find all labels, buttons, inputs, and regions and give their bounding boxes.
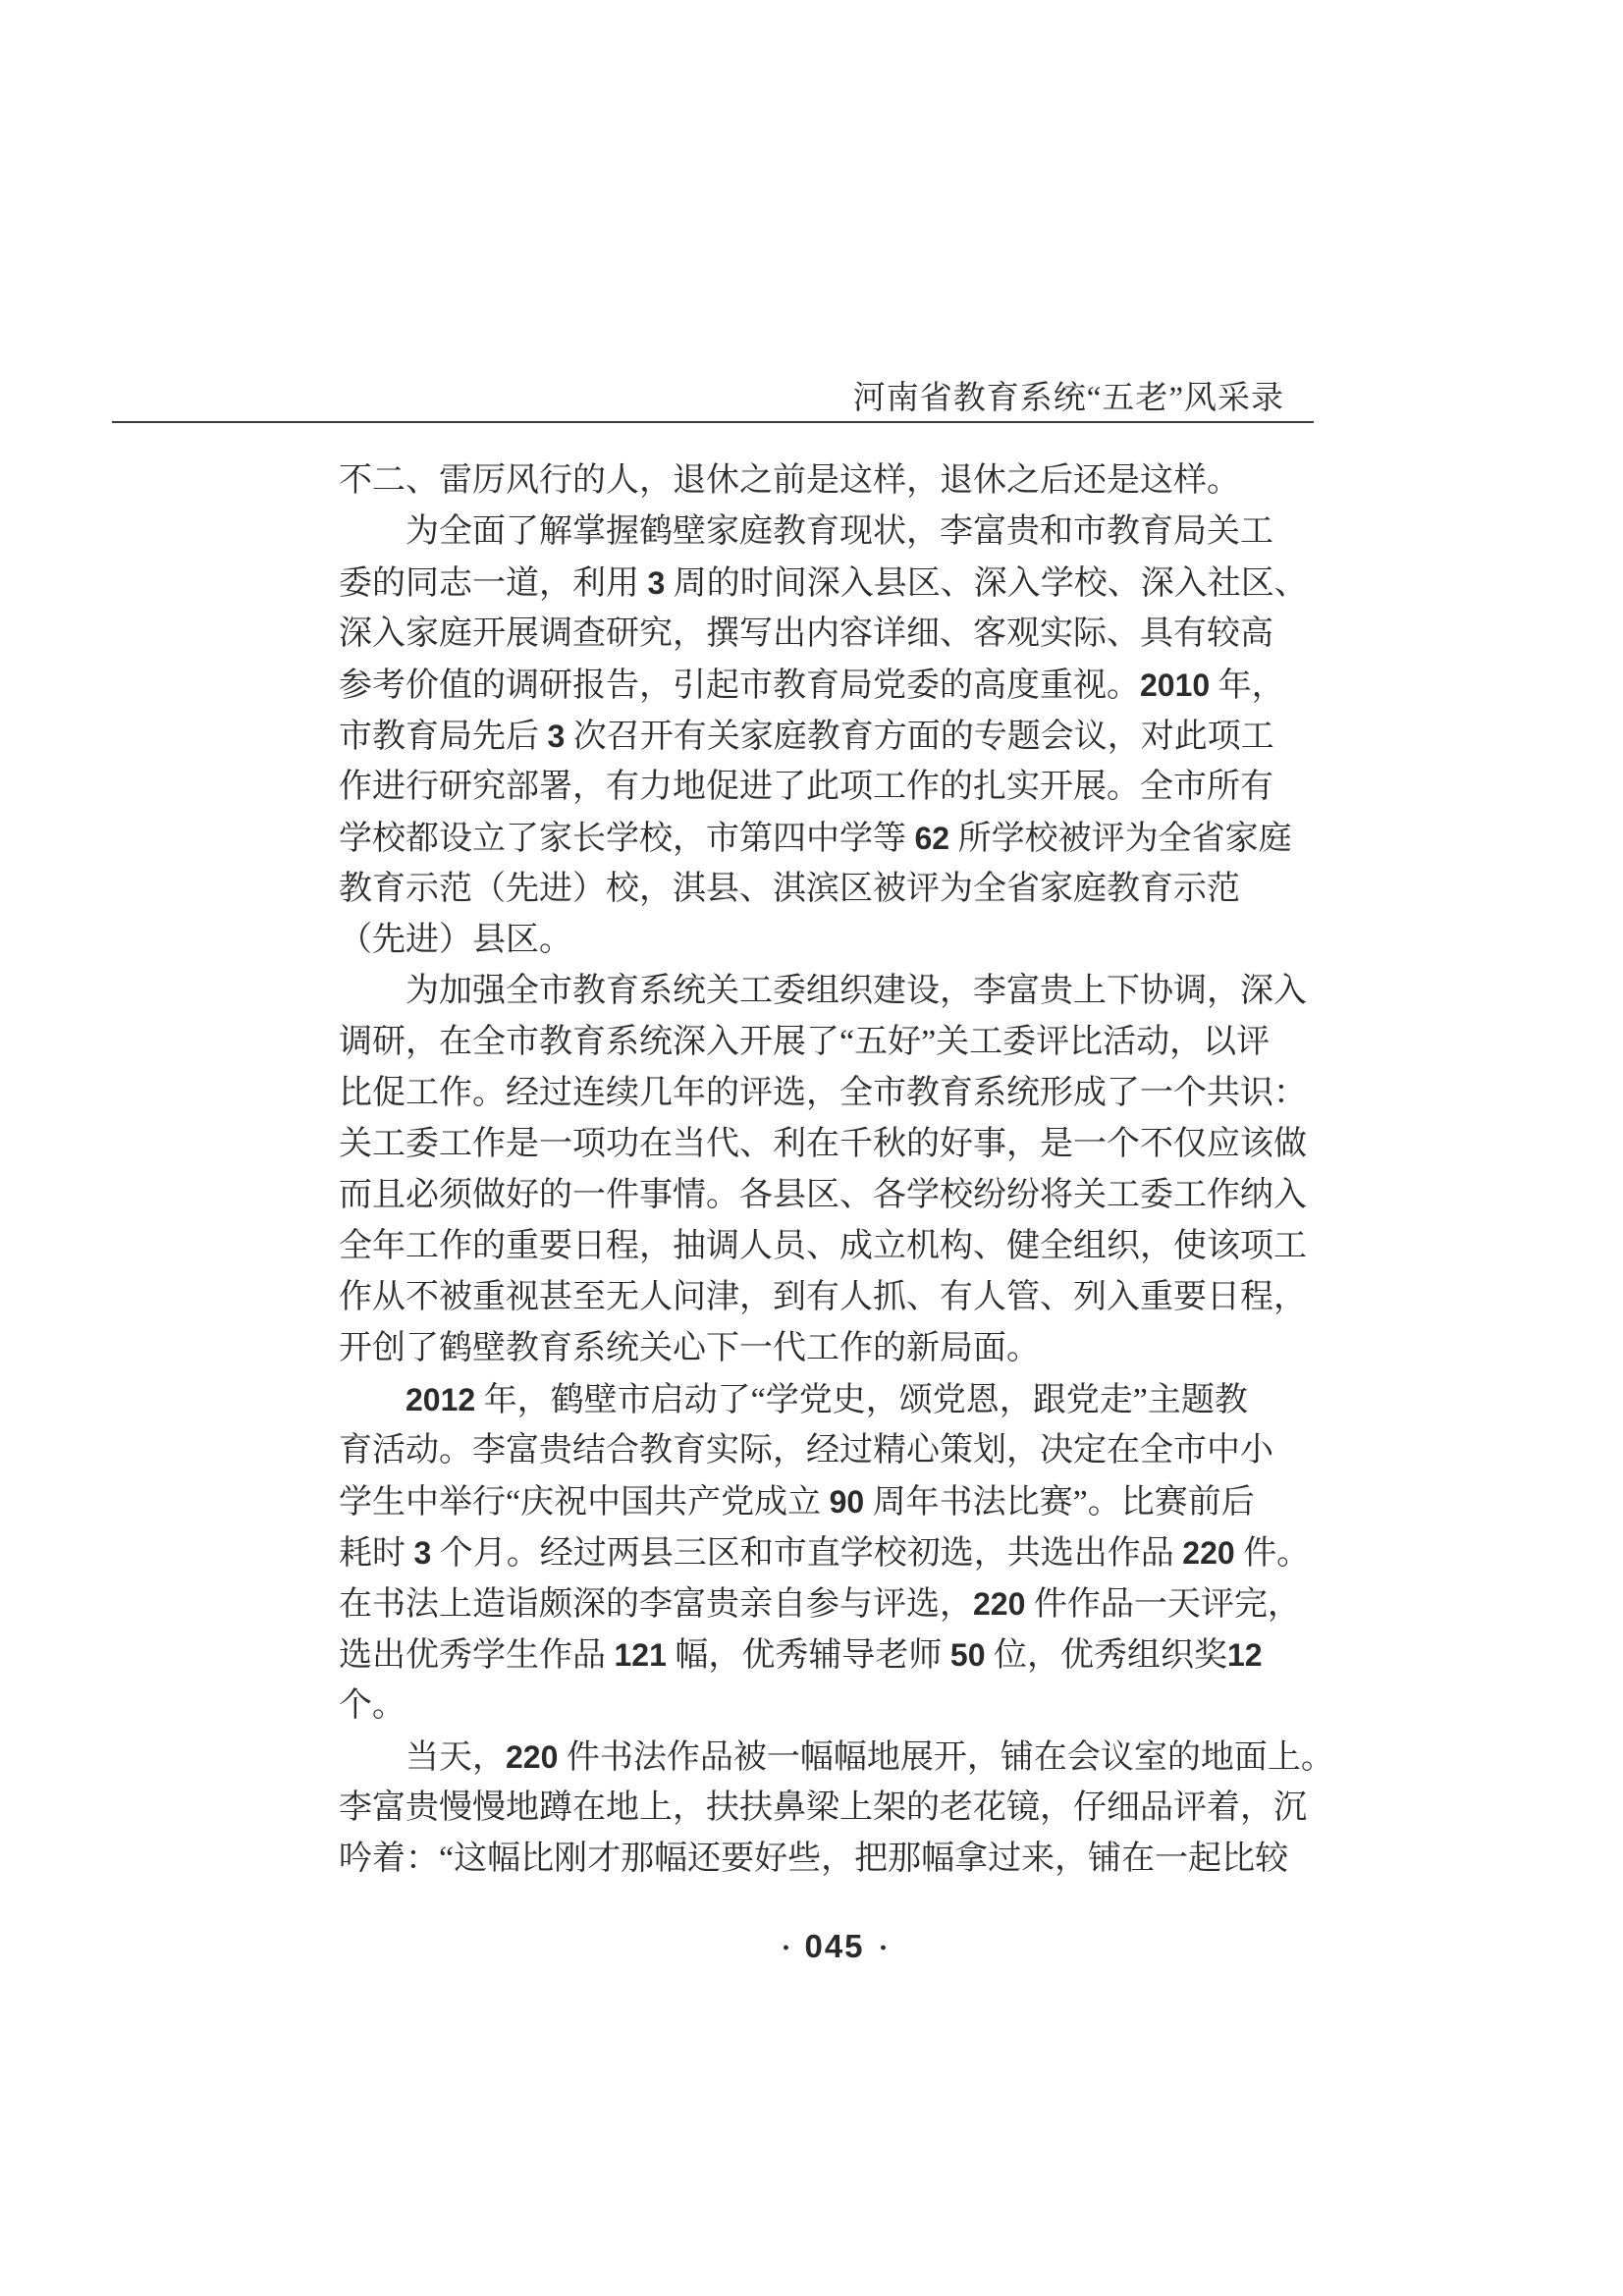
text-line: 学校都设立了家长学校，市第四中学等 62 所学校被评为全省家庭 — [339, 813, 1330, 864]
text-line: 2012 年，鹤壁市启动了“学党史，颂党恩，跟党走”主题教 — [339, 1374, 1330, 1425]
numeral: 3 — [648, 565, 666, 601]
text-line: 而且必须做好的一件事情。各县区、各学校纷纷将关工委工作纳入 — [339, 1170, 1330, 1221]
page-header: 河南省教育系统“五老”风采录 — [112, 377, 1314, 423]
book-page: 河南省教育系统“五老”风采录 不二、雷厉风行的人，退休之前是这样，退休之后还是这… — [0, 0, 1623, 2296]
text-line: 当天，220 件书法作品被一幅幅地展开，铺在会议室的地面上。 — [339, 1732, 1330, 1783]
numeral: 50 — [950, 1637, 986, 1673]
numeral: 62 — [915, 821, 950, 856]
text-line: 耗时 3 个月。经过两县三区和市直学校初选，共选出作品 220 件。 — [339, 1527, 1330, 1578]
text-line: 选出优秀学生作品 121 幅，优秀辅导老师 50 位，优秀组织奖12 — [339, 1629, 1330, 1681]
text-line: 教育示范（先进）校，淇县、淇滨区被评为全省家庭教育示范 — [339, 864, 1330, 915]
numeral: 2012 — [406, 1382, 475, 1417]
numeral: 3 — [548, 719, 566, 754]
numeral: 12 — [1227, 1637, 1263, 1673]
text-line: 全年工作的重要日程，抽调人员、成立机构、健全组织，使该项工 — [339, 1221, 1330, 1272]
numeral: 121 — [615, 1637, 667, 1673]
text-line: 市教育局先后 3 次召开有关家庭教育方面的专题会议，对此项工 — [339, 711, 1330, 762]
text-line: 比促工作。经过连续几年的评选，全市教育系统形成了一个共识： — [339, 1068, 1330, 1119]
text-line: （先进）县区。 — [339, 915, 1330, 966]
text-line: 在书法上造诣颇深的李富贵亲自参与评选，220 件作品一天评完， — [339, 1578, 1330, 1629]
text-line: 作进行研究部署，有力地促进了此项工作的扎实开展。全市所有 — [339, 762, 1330, 813]
numeral: 90 — [830, 1484, 865, 1520]
text-line: 吟着：“这幅比刚才那幅还要好些，把那幅拿过来，铺在一起比较 — [339, 1834, 1330, 1885]
numeral: 220 — [973, 1586, 1025, 1622]
numeral: 3 — [414, 1535, 432, 1571]
numeral: 220 — [1182, 1535, 1234, 1571]
text-line: 个。 — [339, 1681, 1330, 1732]
numeral: 2010 — [1140, 667, 1210, 703]
text-line: 李富贵慢慢地蹲在地上，扶扶鼻梁上架的老花镜，仔细品评着，沉 — [339, 1783, 1330, 1834]
folio-dot-left: · — [781, 1932, 790, 1964]
text-line: 不二、雷厉风行的人，退休之前是这样，退休之后还是这样。 — [339, 455, 1330, 507]
header-title: 河南省教育系统“五老”风采录 — [853, 381, 1284, 416]
body-text: 不二、雷厉风行的人，退休之前是这样，退休之后还是这样。为全面了解掌握鹤壁家庭教育… — [339, 455, 1330, 1885]
text-line: 深入家庭开展调查研究，撰写出内容详细、客观实际、具有较高 — [339, 609, 1330, 660]
text-line: 开创了鹤壁教育系统关心下一代工作的新局面。 — [339, 1323, 1330, 1374]
text-line: 调研，在全市教育系统深入开展了“五好”关工委评比活动，以评 — [339, 1017, 1330, 1068]
numeral: 220 — [506, 1739, 558, 1775]
text-line: 学生中举行“庆祝中国共产党成立 90 周年书法比赛”。比赛前后 — [339, 1476, 1330, 1527]
text-line: 为全面了解掌握鹤壁家庭教育现状，李富贵和市教育局关工 — [339, 507, 1330, 558]
folio-dot-right: · — [879, 1932, 889, 1964]
text-line: 参考价值的调研报告，引起市教育局党委的高度重视。2010 年， — [339, 660, 1330, 711]
text-line: 为加强全市教育系统关工委组织建设，李富贵上下协调，深入 — [339, 966, 1330, 1017]
text-line: 育活动。李富贵结合教育实际，经过精心策划，决定在全市中小 — [339, 1425, 1330, 1476]
text-line: 委的同志一道，利用 3 周的时间深入县区、深入学校、深入社区、 — [339, 558, 1330, 609]
text-line: 作从不被重视甚至无人问津，到有人抓、有人管、列入重要日程， — [339, 1272, 1330, 1323]
page-number: 045 — [804, 1928, 864, 1964]
page-footer: ·045· — [339, 1924, 1330, 1969]
text-line: 关工委工作是一项功在当代、利在千秋的好事，是一个不仅应该做 — [339, 1119, 1330, 1170]
